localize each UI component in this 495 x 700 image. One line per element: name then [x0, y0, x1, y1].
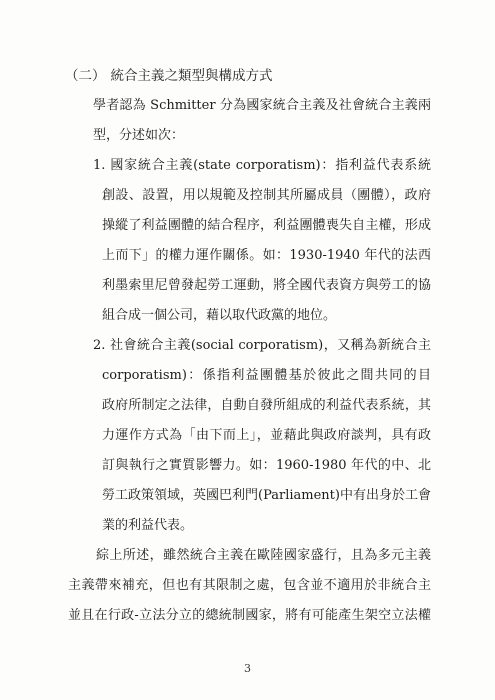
text-line: 並且在行政-立法分立的總統制國家，將有可能產生架空立法權之情 [68, 601, 431, 631]
text-line: 1. 國家統合主義(state corporatism)：指利益代表系統係由國家… [93, 151, 431, 181]
text-line: 業的利益代表。 [102, 511, 431, 541]
text-line: 綜上所述，雖然統合主義在歐陸國家盛行，且為多元主義和菁英 [96, 541, 431, 571]
text-line: 2. 社會統合主義(social corporatism)，又稱為新統合主義(n… [93, 331, 431, 361]
section-title: 統合主義之類型與構成方式 [111, 68, 273, 84]
text-line: 型，分述如次： [93, 121, 431, 151]
text-line: 訂與執行之實質影響力。如：1960-1980 年代的中、北歐國家 [102, 451, 431, 481]
text-line: 組合成一個公司，藉以取代政黨的地位。 [102, 301, 431, 331]
text-line: 創設、設置，用以規範及控制其所屬成員（團體），政府機關 [102, 181, 431, 211]
document-page: （二）統合主義之類型與構成方式 學者認為 Schmitter 分為國家統合主義及… [0, 0, 495, 700]
text-line: 上而下」的權力運作關係。如：1930-1940 年代的法西斯義大 [102, 241, 431, 271]
text-line: 主義帶來補充，但也有其限制之處，包含並不適用於非統合主義國家； [68, 571, 431, 601]
section-number: （二） [65, 68, 106, 84]
page-number: 3 [0, 662, 495, 676]
text-line: 學者認為 Schmitter 分為國家統合主義及社會統合主義兩種類 [93, 91, 431, 121]
text-line: 操縱了利益團體的結合程序，利益團體喪失自主權，形成「由 [102, 211, 431, 241]
text-line: 政府所制定之法律，自動自發所組成的利益代表系統，其權 [102, 391, 431, 421]
text-line: corporatism)：係指利益團體基於彼此之間共同的目標，遵守 [102, 361, 431, 391]
body-text: 學者認為 Schmitter 分為國家統合主義及社會統合主義兩種類型，分述如次：… [0, 91, 495, 631]
section-heading: （二）統合主義之類型與構成方式 [65, 61, 495, 91]
text-line: 勞工政策領域，英國巴利門(Parliament)中有出身於工會或工 [102, 481, 431, 511]
text-line: 利墨索里尼曾發起勞工運動，將全國代表資方與勞工的協會 [102, 271, 431, 301]
text-line: 力運作方式為「由下而上」，並藉此與政府談判，具有政策制 [102, 421, 431, 451]
document-content: （二）統合主義之類型與構成方式 學者認為 Schmitter 分為國家統合主義及… [0, 0, 495, 631]
